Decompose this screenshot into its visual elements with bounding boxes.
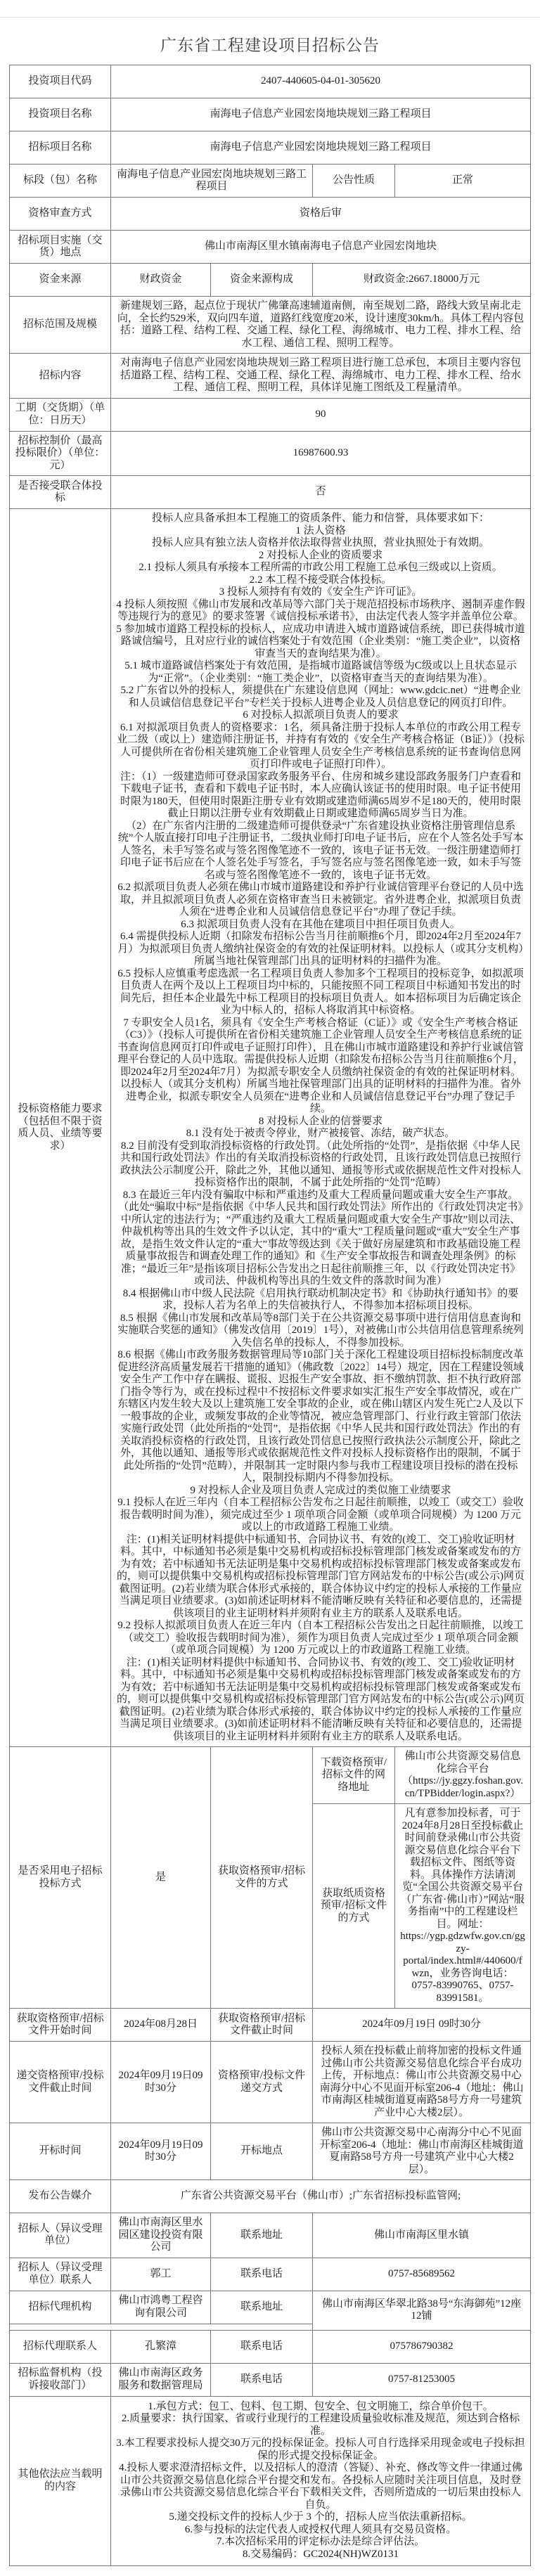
obtain-end-value: 2024年09月19日 09时30分 — [313, 2009, 531, 2042]
opening-time-label: 开标时间 — [10, 2123, 111, 2180]
paper-documents-label: 获取纸质资格预审/招标文件的方式 — [313, 1804, 395, 2009]
location-value: 佛山市南海区里水镇南海电子信息产业园宏岗地块 — [111, 231, 531, 264]
table-row: 招标内容 对南海电子信息产业园宏岗地块规划三路工程项目进行施工总承包，本项目主要… — [10, 354, 531, 399]
obtain-start-value: 2024年08月28日 — [111, 2009, 211, 2042]
consortium-label: 是否接受联合体投标 — [10, 476, 111, 509]
opening-place-value: 佛山市公共资源交易中心南海分中心不见面开标室206-4（地址：佛山市南海区桂城街… — [313, 2123, 531, 2180]
table-row: 招标代理联系人 孔繁漳 联系电话 075786790382 — [10, 2330, 531, 2363]
qualification-method-label: 资格审查方式 — [10, 198, 111, 231]
investment-name-label: 投资项目名称 — [10, 98, 111, 131]
other-content-value: 1.承包方式：包工、包料、包工期、包安全、包文明施工，综合单价包干。 2.质量要… — [111, 2396, 531, 2565]
tenderer-address-label: 联系地址 — [211, 2213, 313, 2258]
tenderer-contact-value: 郭工 — [111, 2258, 211, 2291]
control-price-value: 16987600.93 — [111, 431, 531, 476]
supervisor-phone-label: 联系电话 — [211, 2363, 313, 2396]
table-row: 招标监督机构（投诉接收部门） 佛山市南海区政务服务和数据管理局 联系电话 075… — [10, 2363, 531, 2396]
content-value: 对南海电子信息产业园宏岗地块规划三路工程项目进行施工总承包，本项目主要内容包括道… — [111, 354, 531, 399]
media-label: 发布公告媒介 — [10, 2180, 111, 2213]
investment-name-value: 南海电子信息产业园宏岗地块规划三路工程项目 — [111, 98, 531, 131]
obtain-documents-method-label: 获取资格预审/招标文件的方式 — [211, 1747, 313, 2009]
table-row: 资格审查方式 资格后审 — [10, 198, 531, 231]
table-row: 获取资格预审/招标文件开始时间 2024年08月28日 获取资格预审/招标文件截… — [10, 2009, 531, 2042]
bottom-whitespace — [0, 2566, 540, 2576]
agency-phone-label: 联系电话 — [211, 2330, 313, 2363]
duration-label: 工期（交货期）（单位：日历天） — [10, 398, 111, 431]
agency-contact-value: 孔繁漳 — [111, 2330, 211, 2363]
download-url-label: 下载资格预审/招标文件的网络地址 — [313, 1747, 395, 1804]
funding-composition-label: 资金来源构成 — [211, 264, 313, 297]
section-value: 南海电子信息产业园宏岗地块规划三路工程项目 — [111, 165, 313, 198]
spacer-cell — [10, 2324, 313, 2330]
tenderer-value: 佛山市南海区里水园区建设投资有限公司 — [111, 2213, 211, 2258]
electronic-bidding-value: 是 — [111, 1747, 211, 2009]
paper-documents-value: 凡有意参加投标者，可于2024年8月28日至投标截止时间前登录佛山市公共资源交易… — [395, 1804, 531, 2009]
tenderer-address-value: 佛山市南海区里水镇 — [313, 2213, 531, 2258]
submit-deadline-value: 2024年09月19日09时30分 — [111, 2042, 211, 2123]
qualification-requirements-value: 投标人应具备承担本工程施工的资质条件、能力和信誉，具体要求如下： 1 法人资格 … — [111, 509, 531, 1747]
table-row: 投标资格能力要求（包括但不限于资质人员、业绩等要求） 投标人应具备承担本工程施工… — [10, 509, 531, 1747]
table-row: 投资项目名称 南海电子信息产业园宏岗地块规划三路工程项目 — [10, 98, 531, 131]
scope-label: 招标范围及规模 — [10, 297, 111, 354]
agency-address-value: 佛山市南海区华翠北路38号“东海御苑”12座12铺 — [313, 2291, 531, 2330]
tenderer-phone-label: 联系电话 — [211, 2258, 313, 2291]
download-url-value: 佛山市公共资源交易信息化综合平台 （https://jy.ggzy.foshan… — [395, 1747, 531, 1804]
opening-place-label: 开标地点 — [211, 2123, 313, 2180]
tenderer-label: 招标人（异议受理单位） — [10, 2213, 111, 2258]
section-label: 标段（包）名称 — [10, 165, 111, 198]
other-content-label: 其他依法应当载明的内容 — [10, 2396, 111, 2565]
notice-nature-label: 公告性质 — [313, 165, 395, 198]
agency-value: 佛山市鸿粤工程咨询有限公司 — [111, 2291, 211, 2324]
table-row: 是否接受联合体投标 否 — [10, 476, 531, 509]
duration-value: 90 — [111, 398, 531, 431]
agency-phone-value: 075786790382 — [313, 2330, 531, 2363]
notice-nature-value: 正常 — [395, 165, 531, 198]
table-row: 递交资格预审/投标文件截止时间 2024年09月19日09时30分 资格预审/投… — [10, 2042, 531, 2123]
project-code-value: 2407-440605-04-01-305620 — [111, 65, 531, 98]
supervisor-label: 招标监督机构（投诉接收部门） — [10, 2363, 111, 2396]
electronic-bidding-label: 是否采用电子招标投标方式 — [10, 1747, 111, 2009]
qualification-requirements-label: 投标资格能力要求（包括但不限于资质人员、业绩等要求） — [10, 509, 111, 1747]
media-value: 广东省公共资源交易平台（佛山市）;广东省招标投标监管网; — [111, 2180, 531, 2213]
table-row: 招标控制价（最高投标限价）（单位：元） 16987600.93 — [10, 431, 531, 476]
control-price-label: 招标控制价（最高投标限价）（单位：元） — [10, 431, 111, 476]
qualification-method-value: 资格后审 — [111, 198, 531, 231]
consortium-value: 否 — [111, 476, 531, 509]
funding-composition-value: 财政资金:2667.18000万元 — [313, 264, 531, 297]
obtain-start-label: 获取资格预审/招标文件开始时间 — [10, 2009, 111, 2042]
top-divider-bar — [0, 0, 540, 18]
table-row: 工期（交货期）（单位：日历天） 90 — [10, 398, 531, 431]
location-label: 招标项目实施（交货）地点 — [10, 231, 111, 264]
table-row: 标段（包）名称 南海电子信息产业园宏岗地块规划三路工程项目 公告性质 正常 — [10, 165, 531, 198]
submit-deadline-label: 递交资格预审/投标文件截止时间 — [10, 2042, 111, 2123]
supervisor-value: 佛山市南海区政务服务和数据管理局 — [111, 2363, 211, 2396]
opening-time-value: 2024年09月19日09时30分 — [111, 2123, 211, 2180]
project-code-label: 投资项目代码 — [10, 65, 111, 98]
table-row: 招标人（异议受理单位）联系人 郭工 联系电话 0757-85689562 — [10, 2258, 531, 2291]
agency-address-label: 联系地址 — [211, 2291, 313, 2324]
table-row: 招标范围及规模 新建规划三路，起点位于现状广佛肇高速辅道南侧，南至规划二路，路线… — [10, 297, 531, 354]
funding-value: 财政资金 — [111, 264, 211, 297]
submit-method-label: 资格预审/投标文件递交方式 — [211, 2042, 313, 2123]
agency-contact-label: 招标代理联系人 — [10, 2330, 111, 2363]
table-row: 其他依法应当载明的内容 1.承包方式：包工、包料、包工期、包安全、包文明施工，综… — [10, 2396, 531, 2565]
agency-label: 招标代理机构 — [10, 2291, 111, 2324]
table-row: 投资项目代码 2407-440605-04-01-305620 — [10, 65, 531, 98]
table-row: 是否采用电子招标投标方式 是 获取资格预审/招标文件的方式 下载资格预审/招标文… — [10, 1747, 531, 1804]
tender-name-label: 招标项目名称 — [10, 131, 111, 165]
table-row: 发布公告媒介 广东省公共资源交易平台（佛山市）;广东省招标投标监管网; — [10, 2180, 531, 2213]
scope-value: 新建规划三路，起点位于现状广佛肇高速辅道南侧，南至规划二路，路线大致呈南北走向，… — [111, 297, 531, 354]
tender-name-value: 南海电子信息产业园宏岗地块规划三路工程项目 — [111, 131, 531, 165]
table-row: 招标项目实施（交货）地点 佛山市南海区里水镇南海电子信息产业园宏岗地块 — [10, 231, 531, 264]
table-row: 招标人（异议受理单位） 佛山市南海区里水园区建设投资有限公司 联系地址 佛山市南… — [10, 2213, 531, 2258]
table-row: 招标项目名称 南海电子信息产业园宏岗地块规划三路工程项目 — [10, 131, 531, 165]
page-title: 广东省工程建设项目招标公告 — [0, 18, 540, 65]
table-row: 招标代理机构 佛山市鸿粤工程咨询有限公司 联系地址 佛山市南海区华翠北路38号“… — [10, 2291, 531, 2324]
obtain-end-label: 获取资格预审/招标文件截止时间 — [211, 2009, 313, 2042]
table-row: 开标时间 2024年09月19日09时30分 开标地点 佛山市公共资源交易中心南… — [10, 2123, 531, 2180]
content-label: 招标内容 — [10, 354, 111, 399]
tenderer-contact-label: 招标人（异议受理单位）联系人 — [10, 2258, 111, 2291]
submit-method-value: 投标人须在投标截止前将加密的投标文件通过佛山市公共资源交易信息化综合平台成功上传… — [313, 2042, 531, 2123]
announcement-table: 投资项目代码 2407-440605-04-01-305620 投资项目名称 南… — [9, 65, 531, 2566]
tenderer-phone-value: 0757-85689562 — [313, 2258, 531, 2291]
table-row: 资金来源 财政资金 资金来源构成 财政资金:2667.18000万元 — [10, 264, 531, 297]
funding-label: 资金来源 — [10, 264, 111, 297]
supervisor-phone-value: 0757-81253005 — [313, 2363, 531, 2396]
